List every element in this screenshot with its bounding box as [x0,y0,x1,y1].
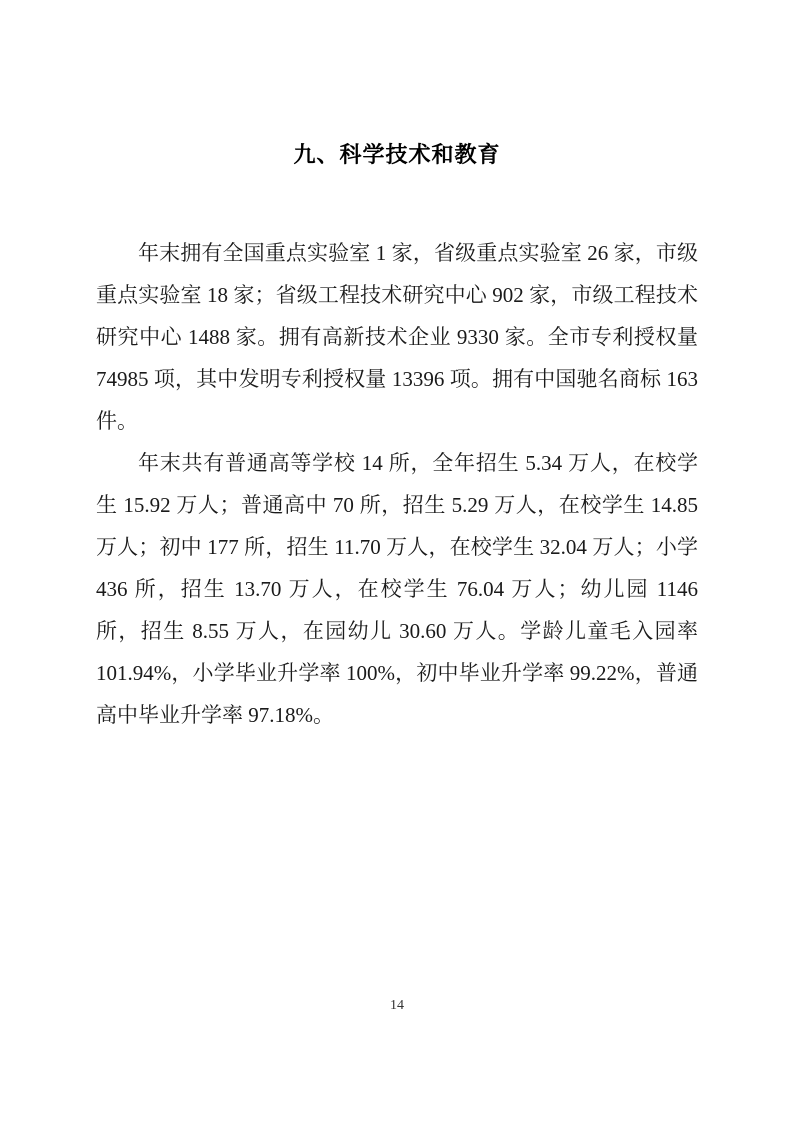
section-heading: 九、科学技术和教育 [96,140,698,170]
paragraph-education: 年末共有普通高等学校 14 所，全年招生 5.34 万人，在校学生 15.92 … [96,442,698,736]
document-page: 九、科学技术和教育 年末拥有全国重点实验室 1 家，省级重点实验室 26 家，市… [0,0,794,1123]
paragraph-science-technology: 年末拥有全国重点实验室 1 家，省级重点实验室 26 家，市级重点实验室 18 … [96,232,698,442]
document-content: 九、科学技术和教育 年末拥有全国重点实验室 1 家，省级重点实验室 26 家，市… [96,140,698,736]
page-number: 14 [0,998,794,1014]
